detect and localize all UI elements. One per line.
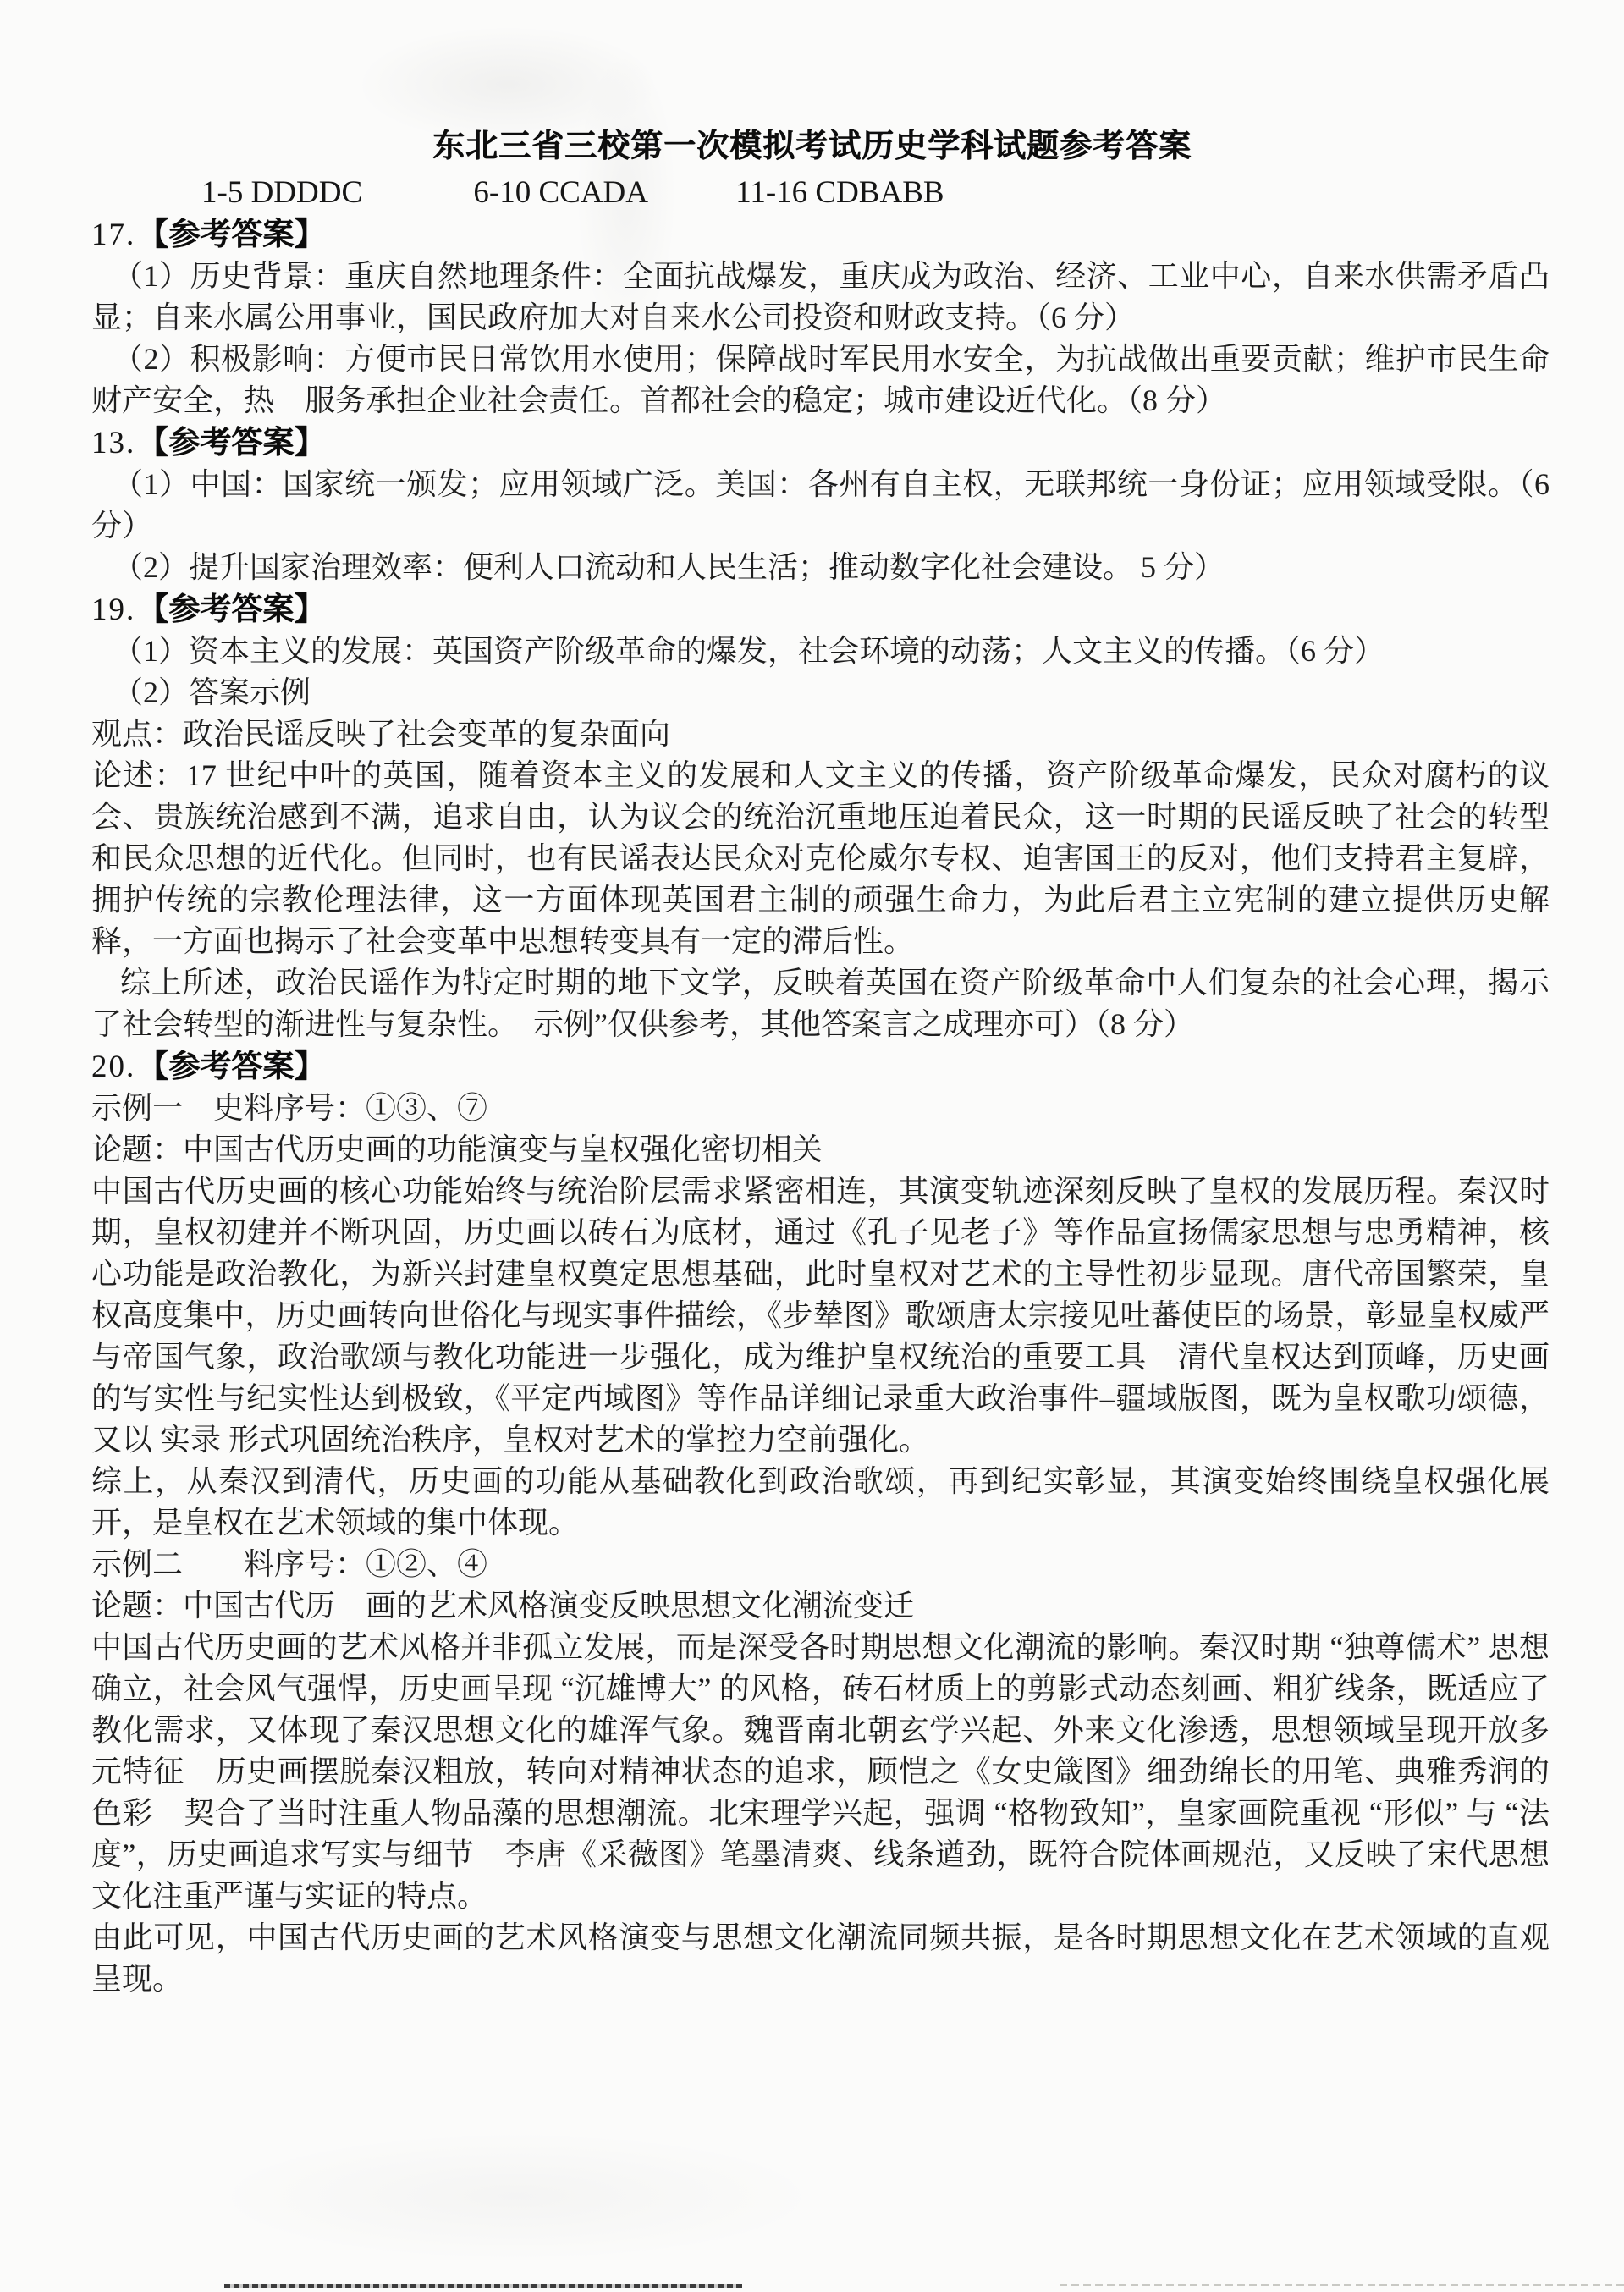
section-q17: 17.【参考答案】 （1）历史背景：重庆自然地理条件：全面抗战爆发，重庆成为政治… xyxy=(91,213,1550,421)
question-number: 20. xyxy=(91,1050,135,1084)
answer-q20-example1-summary: 综上，从秦汉到清代，历史画的功能从基础教化到政治歌颂，再到纪实彰显，其演变始终围… xyxy=(91,1461,1550,1544)
answers-11-16: 11-16 CDBABB xyxy=(735,175,944,210)
reference-answer-label: 【参考答案】 xyxy=(137,592,325,626)
question-number: 13. xyxy=(91,426,135,460)
reference-answer-label: 【参考答案】 xyxy=(137,217,325,251)
answer-q18-part1: （1）中国：国家统一颁发；应用领域广泛。美国：各州有自主权，无联邦统一身份证；应… xyxy=(91,464,1550,547)
reference-answer-label: 【参考答案】 xyxy=(137,425,325,460)
answer-q19-exposition: 论述：17 世纪中叶的英国，随着资本主义的发展和人文主义的传播，资产阶级革命爆发… xyxy=(91,755,1550,962)
question-number: 19. xyxy=(91,592,135,627)
section-q19-heading: 19.【参考答案】 xyxy=(91,588,1550,631)
answer-q19-conclusion: 综上所述，政治民谣作为特定时期的地下文学，反映着英国在资产阶级革命中人们复杂的社… xyxy=(91,962,1550,1045)
scan-edge-artifact xyxy=(1060,2284,1624,2286)
answers-6-10: 6-10 CCADA xyxy=(473,175,647,210)
section-q17-heading: 17.【参考答案】 xyxy=(91,213,1550,256)
answer-q20-example2-body: 中国古代历史画的艺术风格并非孤立发展，而是深受各时期思想文化潮流的影响。秦汉时期… xyxy=(91,1627,1550,1917)
scan-smudge xyxy=(220,2133,812,2260)
answer-q20-example2-sources: 示例二 料序号：①②、④ xyxy=(91,1544,1550,1585)
page-title: 东北三省三校第一次模拟考试历史学科试题参考答案 xyxy=(0,123,1624,170)
answer-q19-part1: （1）资本主义的发展：英国资产阶级革命的爆发，社会环境的动荡；人文主义的传播。（… xyxy=(91,631,1550,672)
reference-answer-label: 【参考答案】 xyxy=(137,1049,325,1083)
section-q19: 19.【参考答案】 （1）资本主义的发展：英国资产阶级革命的爆发，社会环境的动荡… xyxy=(91,588,1550,1045)
answer-q20-example1-thesis: 论题：中国古代历史画的功能演变与皇权强化密切相关 xyxy=(91,1129,1550,1171)
answer-q17-part1: （1）历史背景：重庆自然地理条件：全面抗战爆发，重庆成为政治、经济、工业中心，自… xyxy=(91,256,1550,339)
answer-q19-viewpoint: 观点：政治民谣反映了社会变革的复杂面向 xyxy=(91,713,1550,755)
answer-q19-part2: （2）答案示例 xyxy=(91,672,1550,713)
answer-q20-example2-thesis: 论题：中国古代历 画的艺术风格演变反映思想文化潮流变迁 xyxy=(91,1585,1550,1627)
question-number: 17. xyxy=(91,218,135,252)
scan-edge-artifact xyxy=(224,2284,742,2288)
objective-answer-key: 1-5 DDDDC 6-10 CCADA 11-16 CDBABB xyxy=(201,172,1624,213)
answer-q20-example2-summary: 由此可见，中国古代历史画的艺术风格演变与思想文化潮流同频共振，是各时期思想文化在… xyxy=(91,1917,1550,2000)
section-q20-heading: 20.【参考答案】 xyxy=(91,1045,1550,1088)
section-q18-heading: 13.【参考答案】 xyxy=(91,421,1550,464)
section-q18: 13.【参考答案】 （1）中国：国家统一颁发；应用领域广泛。美国：各州有自主权，… xyxy=(91,421,1550,588)
section-q20: 20.【参考答案】 示例一 史料序号：①③、⑦ 论题：中国古代历史画的功能演变与… xyxy=(91,1045,1550,2000)
answer-q20-example1-body: 中国古代历史画的核心功能始终与统治阶层需求紧密相连，其演变轨迹深刻反映了皇权的发… xyxy=(91,1171,1550,1461)
answers-1-5: 1-5 DDDDC xyxy=(201,175,362,210)
answer-q20-example1-sources: 示例一 史料序号：①③、⑦ xyxy=(91,1088,1550,1129)
answer-q17-part2: （2）积极影响：方便市民日常饮用水使用；保障战时军民用水安全，为抗战做出重要贡献… xyxy=(91,339,1550,421)
answers-body: 17.【参考答案】 （1）历史背景：重庆自然地理条件：全面抗战爆发，重庆成为政治… xyxy=(91,213,1550,2000)
answer-q18-part2: （2）提升国家治理效率：便利人口流动和人民生活；推动数字化社会建设。 5 分） xyxy=(91,547,1550,588)
scanned-exam-answer-page: 东北三省三校第一次模拟考试历史学科试题参考答案 1-5 DDDDC 6-10 C… xyxy=(0,0,1624,2292)
